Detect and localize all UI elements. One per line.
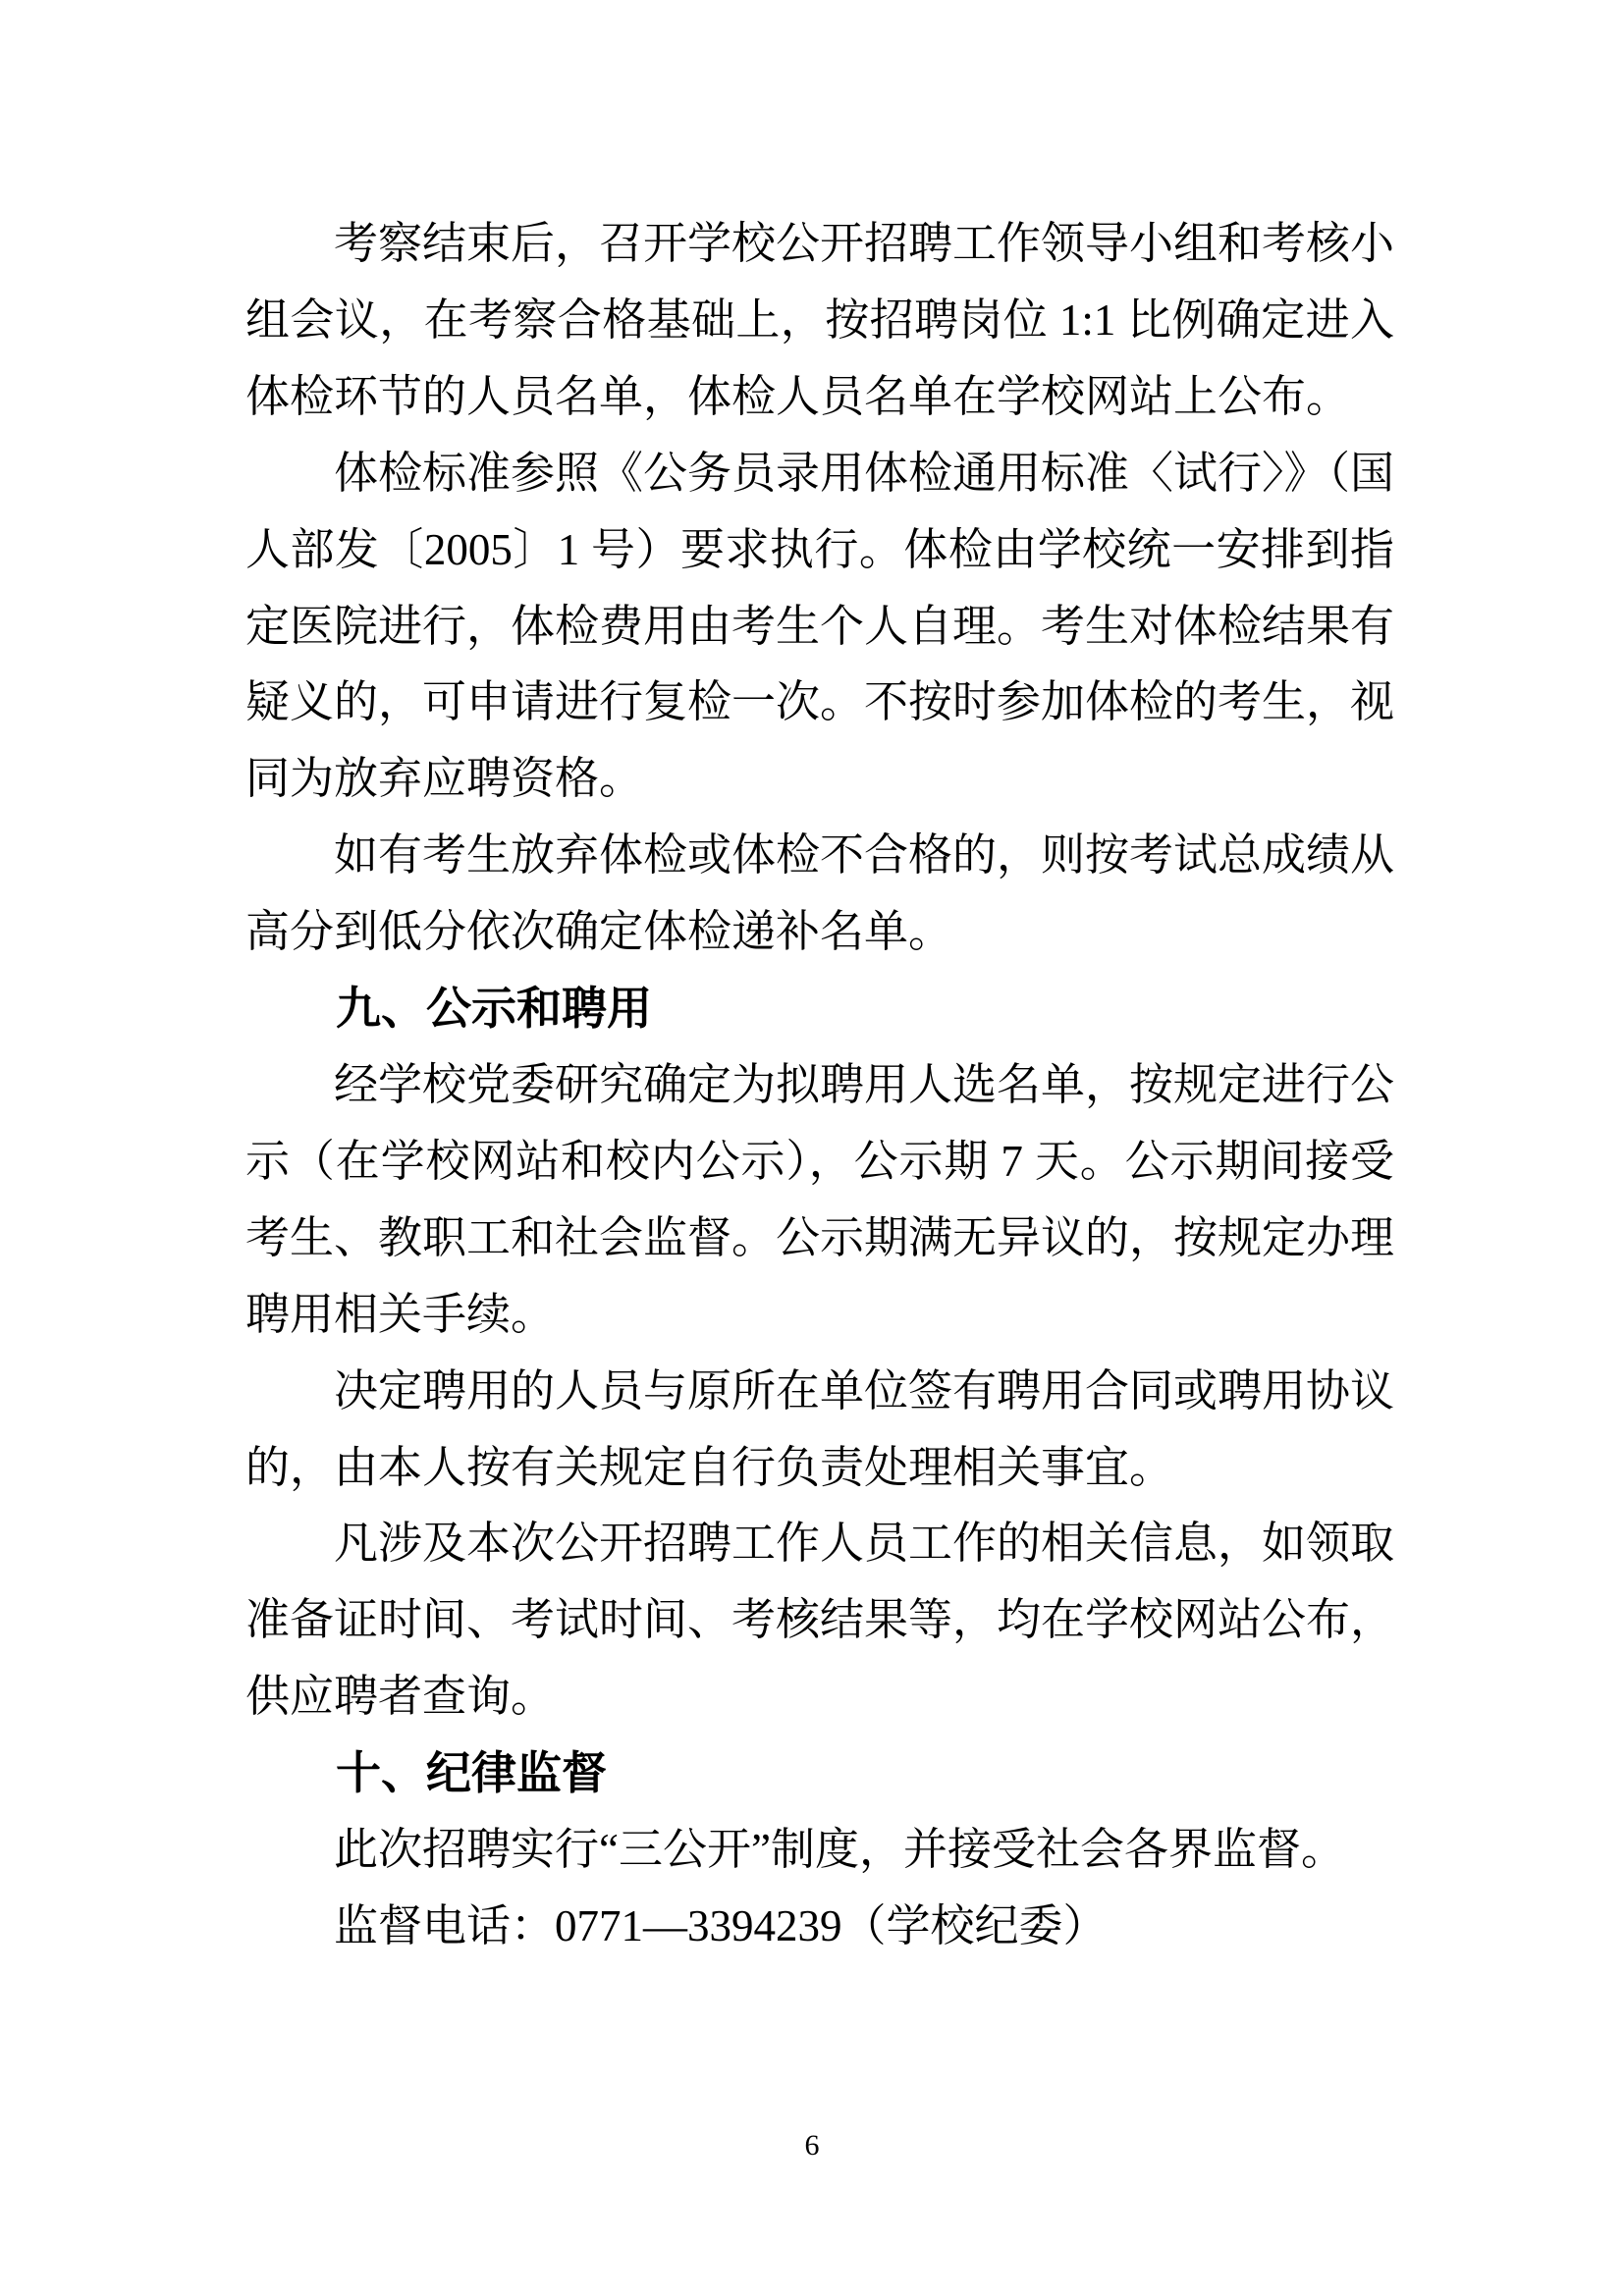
document-body: 考察结束后，召开学校公开招聘工作领导小组和考核小组会议，在考察合格基础上，按招聘… bbox=[245, 206, 1394, 1965]
paragraph: 经学校党委研究确定为拟聘用人选名单，按规定进行公示（在学校网站和校内公示），公示… bbox=[245, 1047, 1394, 1354]
paragraph: 凡涉及本次公开招聘工作人员工作的相关信息，如领取准备证时间、考试时间、考核结果等… bbox=[245, 1506, 1394, 1735]
paragraph: 此次招聘实行“三公开”制度，并接受社会各界监督。 bbox=[245, 1812, 1394, 1889]
paragraph: 体检标准参照《公务员录用体检通用标准〈试行〉》（国人部发〔2005〕1 号）要求… bbox=[245, 436, 1394, 819]
paragraph: 如有考生放弃体检或体检不合格的，则按考试总成绩从高分到低分依次确定体检递补名单。 bbox=[245, 818, 1394, 971]
section-heading: 九、公示和聘用 bbox=[245, 971, 1394, 1047]
paragraph: 决定聘用的人员与原所在单位签有聘用合同或聘用协议的，由本人按有关规定自行负责处理… bbox=[245, 1354, 1394, 1507]
page-number: 6 bbox=[0, 2128, 1624, 2163]
paragraph: 监督电话：0771—3394239（学校纪委） bbox=[245, 1889, 1394, 1965]
paragraph: 考察结束后，召开学校公开招聘工作领导小组和考核小组会议，在考察合格基础上，按招聘… bbox=[245, 206, 1394, 436]
section-heading: 十、纪律监督 bbox=[245, 1735, 1394, 1812]
document-page: 考察结束后，召开学校公开招聘工作领导小组和考核小组会议，在考察合格基础上，按招聘… bbox=[0, 0, 1624, 2296]
